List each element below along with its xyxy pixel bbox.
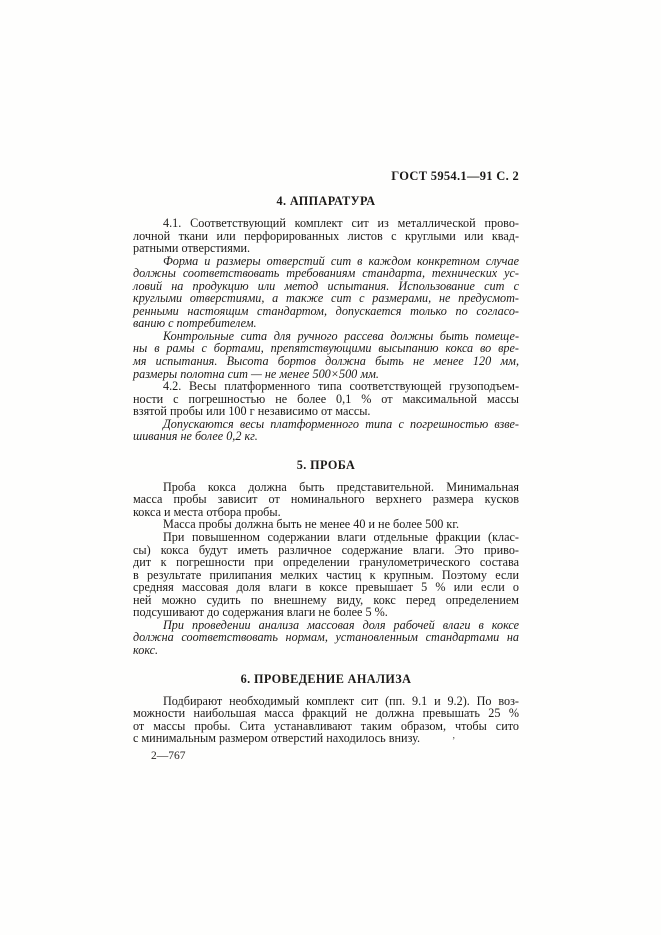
text-line: должна соответствовать нормам, установле… bbox=[133, 631, 519, 644]
scan-artifact: ’ bbox=[452, 736, 455, 747]
section: 5. ПРОБАПроба кокса должна быть представ… bbox=[133, 459, 519, 657]
text-line: с минимальным размером отверстий находил… bbox=[133, 732, 519, 745]
text-line: При повышенном содержании влаги отдельны… bbox=[133, 531, 519, 544]
text-line: подсушивают до содержания влаги не более… bbox=[133, 606, 519, 619]
section-heading: 6. ПРОВЕДЕНИЕ АНАЛИЗА bbox=[133, 673, 519, 686]
page-content: ГОСТ 5954.1—91 С. 2 4. АППАРАТУРА4.1. Со… bbox=[133, 170, 519, 762]
section: 4. АППАРАТУРА4.1. Соответствующий компле… bbox=[133, 195, 519, 443]
section: 6. ПРОВЕДЕНИЕ АНАЛИЗАПодбирают необходим… bbox=[133, 673, 519, 745]
paragraph: При проведении анализа массовая доля раб… bbox=[133, 619, 519, 657]
text-line: ратными отверстиями. bbox=[133, 242, 519, 255]
section-heading: 5. ПРОБА bbox=[133, 459, 519, 472]
printers-mark: 2—767 bbox=[133, 750, 519, 762]
paragraph: Форма и размеры отверстий сит в каждом к… bbox=[133, 255, 519, 330]
text-line: должны соответствовать требованиям станд… bbox=[133, 267, 519, 280]
text-line: средняя массовая доля влаги в коксе прев… bbox=[133, 581, 519, 594]
text-line: взятой пробы или 100 г независимо от мас… bbox=[133, 405, 519, 418]
text-line: можности наибольшая масса фракций не дол… bbox=[133, 707, 519, 720]
text-line: дит к погрешности при определении гранул… bbox=[133, 556, 519, 569]
paragraph: Контрольные сита для ручного рассева дол… bbox=[133, 330, 519, 380]
paragraph: Подбирают необходимый комплект сит (пп. … bbox=[133, 695, 519, 745]
text-line: 4.1. Соответствующий комплект сит из мет… bbox=[133, 217, 519, 230]
document-body: 4. АППАРАТУРА4.1. Соответствующий компле… bbox=[133, 195, 519, 745]
document-page: ГОСТ 5954.1—91 С. 2 4. АППАРАТУРА4.1. Со… bbox=[0, 0, 661, 935]
paragraph: 4.2. Весы платформенного типа соответств… bbox=[133, 380, 519, 418]
text-line: мя испытания. Высота бортов должна быть … bbox=[133, 355, 519, 368]
paragraph: Допускаются весы платформенного типа с п… bbox=[133, 418, 519, 443]
text-line: шивания не более 0,2 кг. bbox=[133, 430, 519, 443]
paragraph: Проба кокса должна быть представительной… bbox=[133, 481, 519, 519]
section-heading: 4. АППАРАТУРА bbox=[133, 195, 519, 208]
text-line: кокс. bbox=[133, 644, 519, 657]
running-header: ГОСТ 5954.1—91 С. 2 bbox=[133, 170, 519, 183]
paragraph: При повышенном содержании влаги отдельны… bbox=[133, 531, 519, 619]
text-line: 4.2. Весы платформенного типа соответств… bbox=[133, 380, 519, 393]
text-line: круглыми отверстиями, а также сит с разм… bbox=[133, 292, 519, 305]
paragraph: 4.1. Соответствующий комплект сит из мет… bbox=[133, 217, 519, 255]
